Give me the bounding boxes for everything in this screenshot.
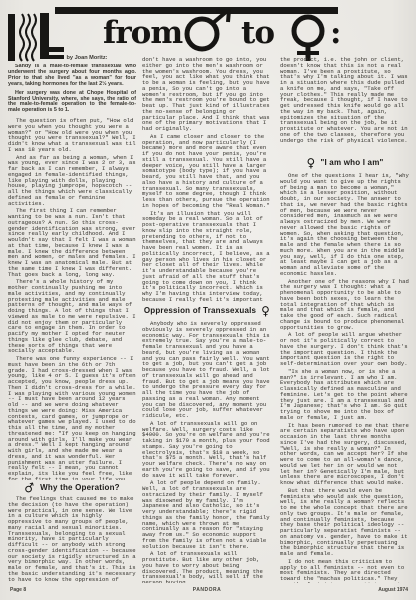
article-paragraph: There was one funny experience -- I must…	[8, 356, 136, 480]
article-paragraph: Another one of the reasons why I had the…	[280, 279, 410, 331]
intro-summary: Sandy is a male-to-female transsexual wh…	[8, 64, 136, 116]
article-paragraph: The feelings that caused me to make the …	[8, 496, 136, 582]
female-symbol-icon: ♀	[261, 307, 270, 315]
section-heading-label: "I am who I am"	[320, 158, 383, 167]
column-left-body-2: The feelings that caused me to make the …	[8, 496, 136, 582]
section-heading-label: Why the Operation?	[40, 483, 120, 492]
intro-paragraph: Her surgery was done at Chope Hospital o…	[8, 91, 136, 115]
footer-page-number: Page 8	[10, 587, 26, 593]
article-paragraph: But that there would even be feminists w…	[280, 488, 410, 557]
article-paragraph: Anybody who is severely oppressed obviou…	[142, 321, 272, 419]
male-symbol-icon	[183, 9, 233, 58]
article-paragraph: There's a whole history of my mother con…	[8, 279, 136, 354]
column-middle-body-2: Anybody who is severely oppressed obviou…	[142, 321, 272, 583]
article-paragraph: As I came closer and closer to the opera…	[142, 134, 272, 209]
title-colon: :	[330, 18, 340, 49]
scanned-newspaper-page: from to : by Joan Moritz: Sandy is a mal…	[0, 0, 416, 600]
column-right-body: the product, i.e. the john or client, do…	[280, 57, 410, 155]
section-heading-label: Oppression of Transsexuals	[144, 306, 256, 315]
section-heading-i-am-who-i-am: ♀ "I am who I am"	[280, 158, 410, 167]
title-word-from: from	[103, 18, 182, 49]
article-paragraph: A lot of transsexuals will prostitute. B…	[142, 551, 272, 583]
intro-paragraph: Sandy is a male-to-female transsexual wh…	[8, 64, 136, 88]
article-paragraph: A lot of transsexuals will go on welfare…	[142, 421, 272, 479]
footer-publication-title: PANDORA	[142, 587, 272, 593]
column-middle-body: don't have a washroom to go into, you ei…	[142, 57, 272, 303]
article-paragraph: don't have a washroom to go into, you ei…	[142, 57, 272, 132]
byline: by Joan Moritz:	[42, 55, 132, 61]
article-paragraph: And as far as being a woman, when I was …	[8, 155, 136, 207]
article-paragraph: It's an illusion that you will someday b…	[142, 211, 272, 304]
column-left-body: The question is often put, "How old were…	[8, 118, 136, 480]
section-heading-oppression: Oppression of Transsexuals ♀	[142, 306, 272, 315]
article-paragraph: The question is often put, "How old were…	[8, 118, 136, 153]
article-paragraph: I do not mean this criticism to apply to…	[280, 559, 410, 583]
article-paragraph: The first thing I can remember wanting t…	[8, 208, 136, 277]
male-symbol-icon: ♂	[23, 482, 35, 492]
female-symbol-icon: ♀	[306, 159, 315, 167]
footer-date: August 1974	[330, 587, 408, 593]
article-paragraph: A lot of people depend on family. Well, …	[142, 480, 272, 549]
section-heading-why-the-operation: ♂ Why the Operation?	[8, 483, 136, 492]
column-right-body-2: One of the questions I hear is, "why wou…	[280, 173, 410, 583]
article-paragraph: "Is she a woman now, or is she a man?" i…	[280, 369, 410, 421]
article-paragraph: It has been rumored to me that there are…	[280, 423, 410, 486]
title-word-to: to	[241, 18, 274, 49]
article-paragraph: the product, i.e. the john or client, do…	[280, 57, 410, 143]
article-paragraph: One of the questions I hear is, "why wou…	[280, 173, 410, 277]
article-paragraph: A lot of people will argue whether or no…	[280, 332, 410, 367]
